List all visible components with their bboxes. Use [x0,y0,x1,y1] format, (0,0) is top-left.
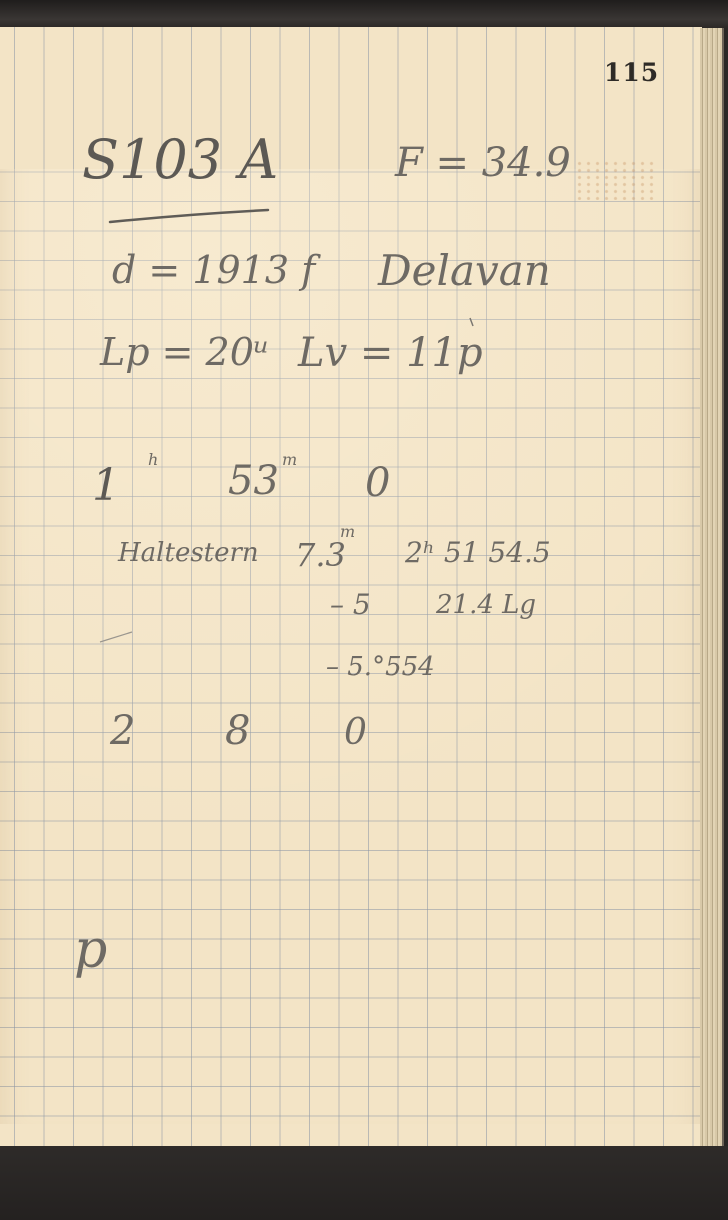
reference-star-value: 7.3 [295,536,346,574]
time1-minutes: 53 [228,458,279,504]
time1-hours: 1 [92,460,120,511]
correction-1-value: 21.4 Lg [436,590,536,620]
correction-1: – 5 [330,588,371,621]
time1-seconds: 0 [365,460,390,506]
time2-seconds: 0 [344,712,367,753]
reference-star-time: 2ʰ 51 54.5 [405,536,551,569]
time2-hours: 2 [110,708,135,754]
lp-value: Lp = 20ᵘ [100,330,269,374]
correction-2: – 5.°554 [326,652,435,682]
page-edges [700,28,724,1148]
foxing-stain [575,160,655,200]
page-bottom-margin [0,1124,702,1146]
focal-value: F = 34.9 [395,140,571,186]
observer-name: Delavan [378,246,551,295]
object-designation: S103 A [82,128,278,191]
reference-star-label: Haltestern [118,538,259,568]
notebook-cover-top [0,0,728,28]
notebook-cover-bottom [0,1146,728,1220]
time2-minutes: 8 [225,708,250,754]
time1-minutes-unit: m [282,450,297,469]
reference-star-unit: m [340,522,355,541]
time1-hours-unit: h [148,450,158,469]
lv-value: Lv = 11p [298,330,483,376]
page-number: 115 [604,58,659,87]
footer-mark: p [74,920,107,980]
date-entry: d = 1913 f [112,248,315,292]
